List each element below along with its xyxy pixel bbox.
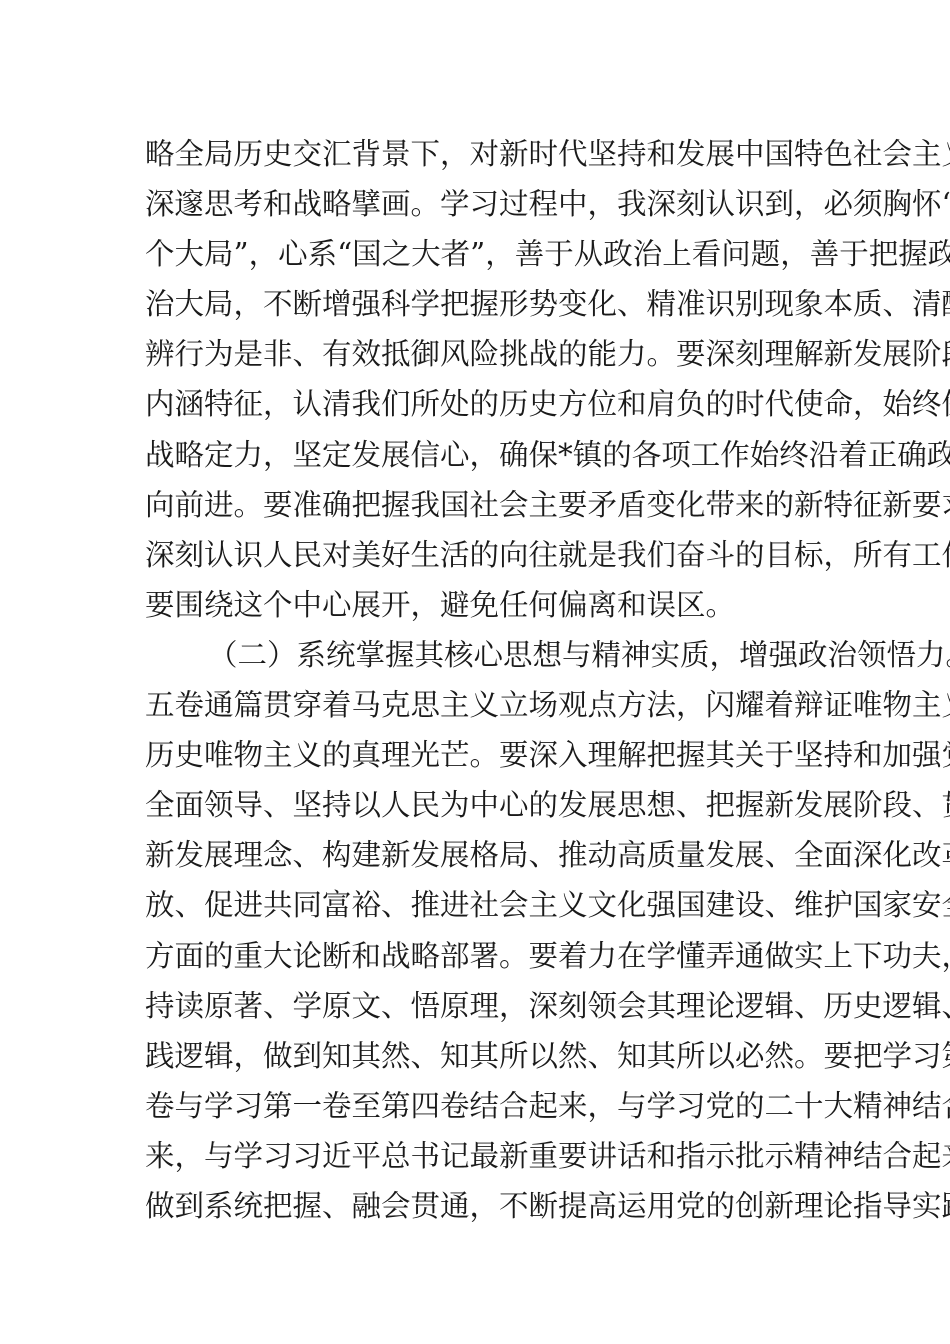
text-line: 放、促进共同富裕、推进社会主义文化强国建设、维护国家安全等 (145, 880, 803, 930)
text-line: 全面领导、坚持以人民为中心的发展思想、把握新发展阶段、贯彻 (145, 780, 803, 830)
text-line: 辨行为是非、有效抵御风险挑战的能力。要深刻理解新发展阶段的 (145, 329, 803, 379)
text-line: 新发展理念、构建新发展格局、推动高质量发展、全面深化改革开 (145, 830, 803, 880)
text-line: 做到系统把握、融会贯通，不断提高运用党的创新理论指导实践、 (145, 1181, 803, 1231)
text-line: 个大局”，心系“国之大者”，善于从政治上看问题，善于把握政 (145, 229, 803, 279)
section-heading-line: （二）系统掌握其核心思想与精神实质，增强政治领悟力。第 (145, 630, 803, 680)
text-line: 来，与学习习近平总书记最新重要讲话和指示批示精神结合起来， (145, 1131, 803, 1181)
text-line: 治大局，不断增强科学把握形势变化、精准识别现象本质、清醒明 (145, 279, 803, 329)
text-line: 方面的重大论断和战略部署。要着力在学懂弄通做实上下功夫，坚 (145, 931, 803, 981)
text-line: 深刻认识人民对美好生活的向往就是我们奋斗的目标，所有工作都 (145, 530, 803, 580)
text-line: 要围绕这个中心展开，避免任何偏离和误区。 (145, 580, 803, 630)
text-line: 战略定力，坚定发展信心，确保*镇的各项工作始终沿着正确政治方 (145, 430, 803, 480)
text-line: 历史唯物主义的真理光芒。要深入理解把握其关于坚持和加强党的 (145, 730, 803, 780)
text-line: 五卷通篇贯穿着马克思主义立场观点方法，闪耀着辩证唯物主义和 (145, 680, 803, 730)
text-line: 卷与学习第一卷至第四卷结合起来，与学习党的二十大精神结合起 (145, 1081, 803, 1131)
text-line: 践逻辑，做到知其然、知其所以然、知其所以必然。要把学习第五 (145, 1031, 803, 1081)
paragraph-2: （二）系统掌握其核心思想与精神实质，增强政治领悟力。第 五卷通篇贯穿着马克思主义… (145, 630, 805, 1231)
document-page: 略全局历史交汇背景下，对新时代坚持和发展中国特色社会主义的 深邃思考和战略擘画。… (145, 129, 805, 1231)
paragraph-1: 略全局历史交汇背景下，对新时代坚持和发展中国特色社会主义的 深邃思考和战略擘画。… (145, 129, 805, 630)
text-line: 内涵特征，认清我们所处的历史方位和肩负的时代使命，始终保持 (145, 379, 803, 429)
text-line: 向前进。要准确把握我国社会主要矛盾变化带来的新特征新要求， (145, 480, 803, 530)
text-line: 略全局历史交汇背景下，对新时代坚持和发展中国特色社会主义的 (145, 129, 803, 179)
text-line: 深邃思考和战略擘画。学习过程中，我深刻认识到，必须胸怀“两 (145, 179, 803, 229)
text-line: 持读原著、学原文、悟原理，深刻领会其理论逻辑、历史逻辑、实 (145, 981, 803, 1031)
